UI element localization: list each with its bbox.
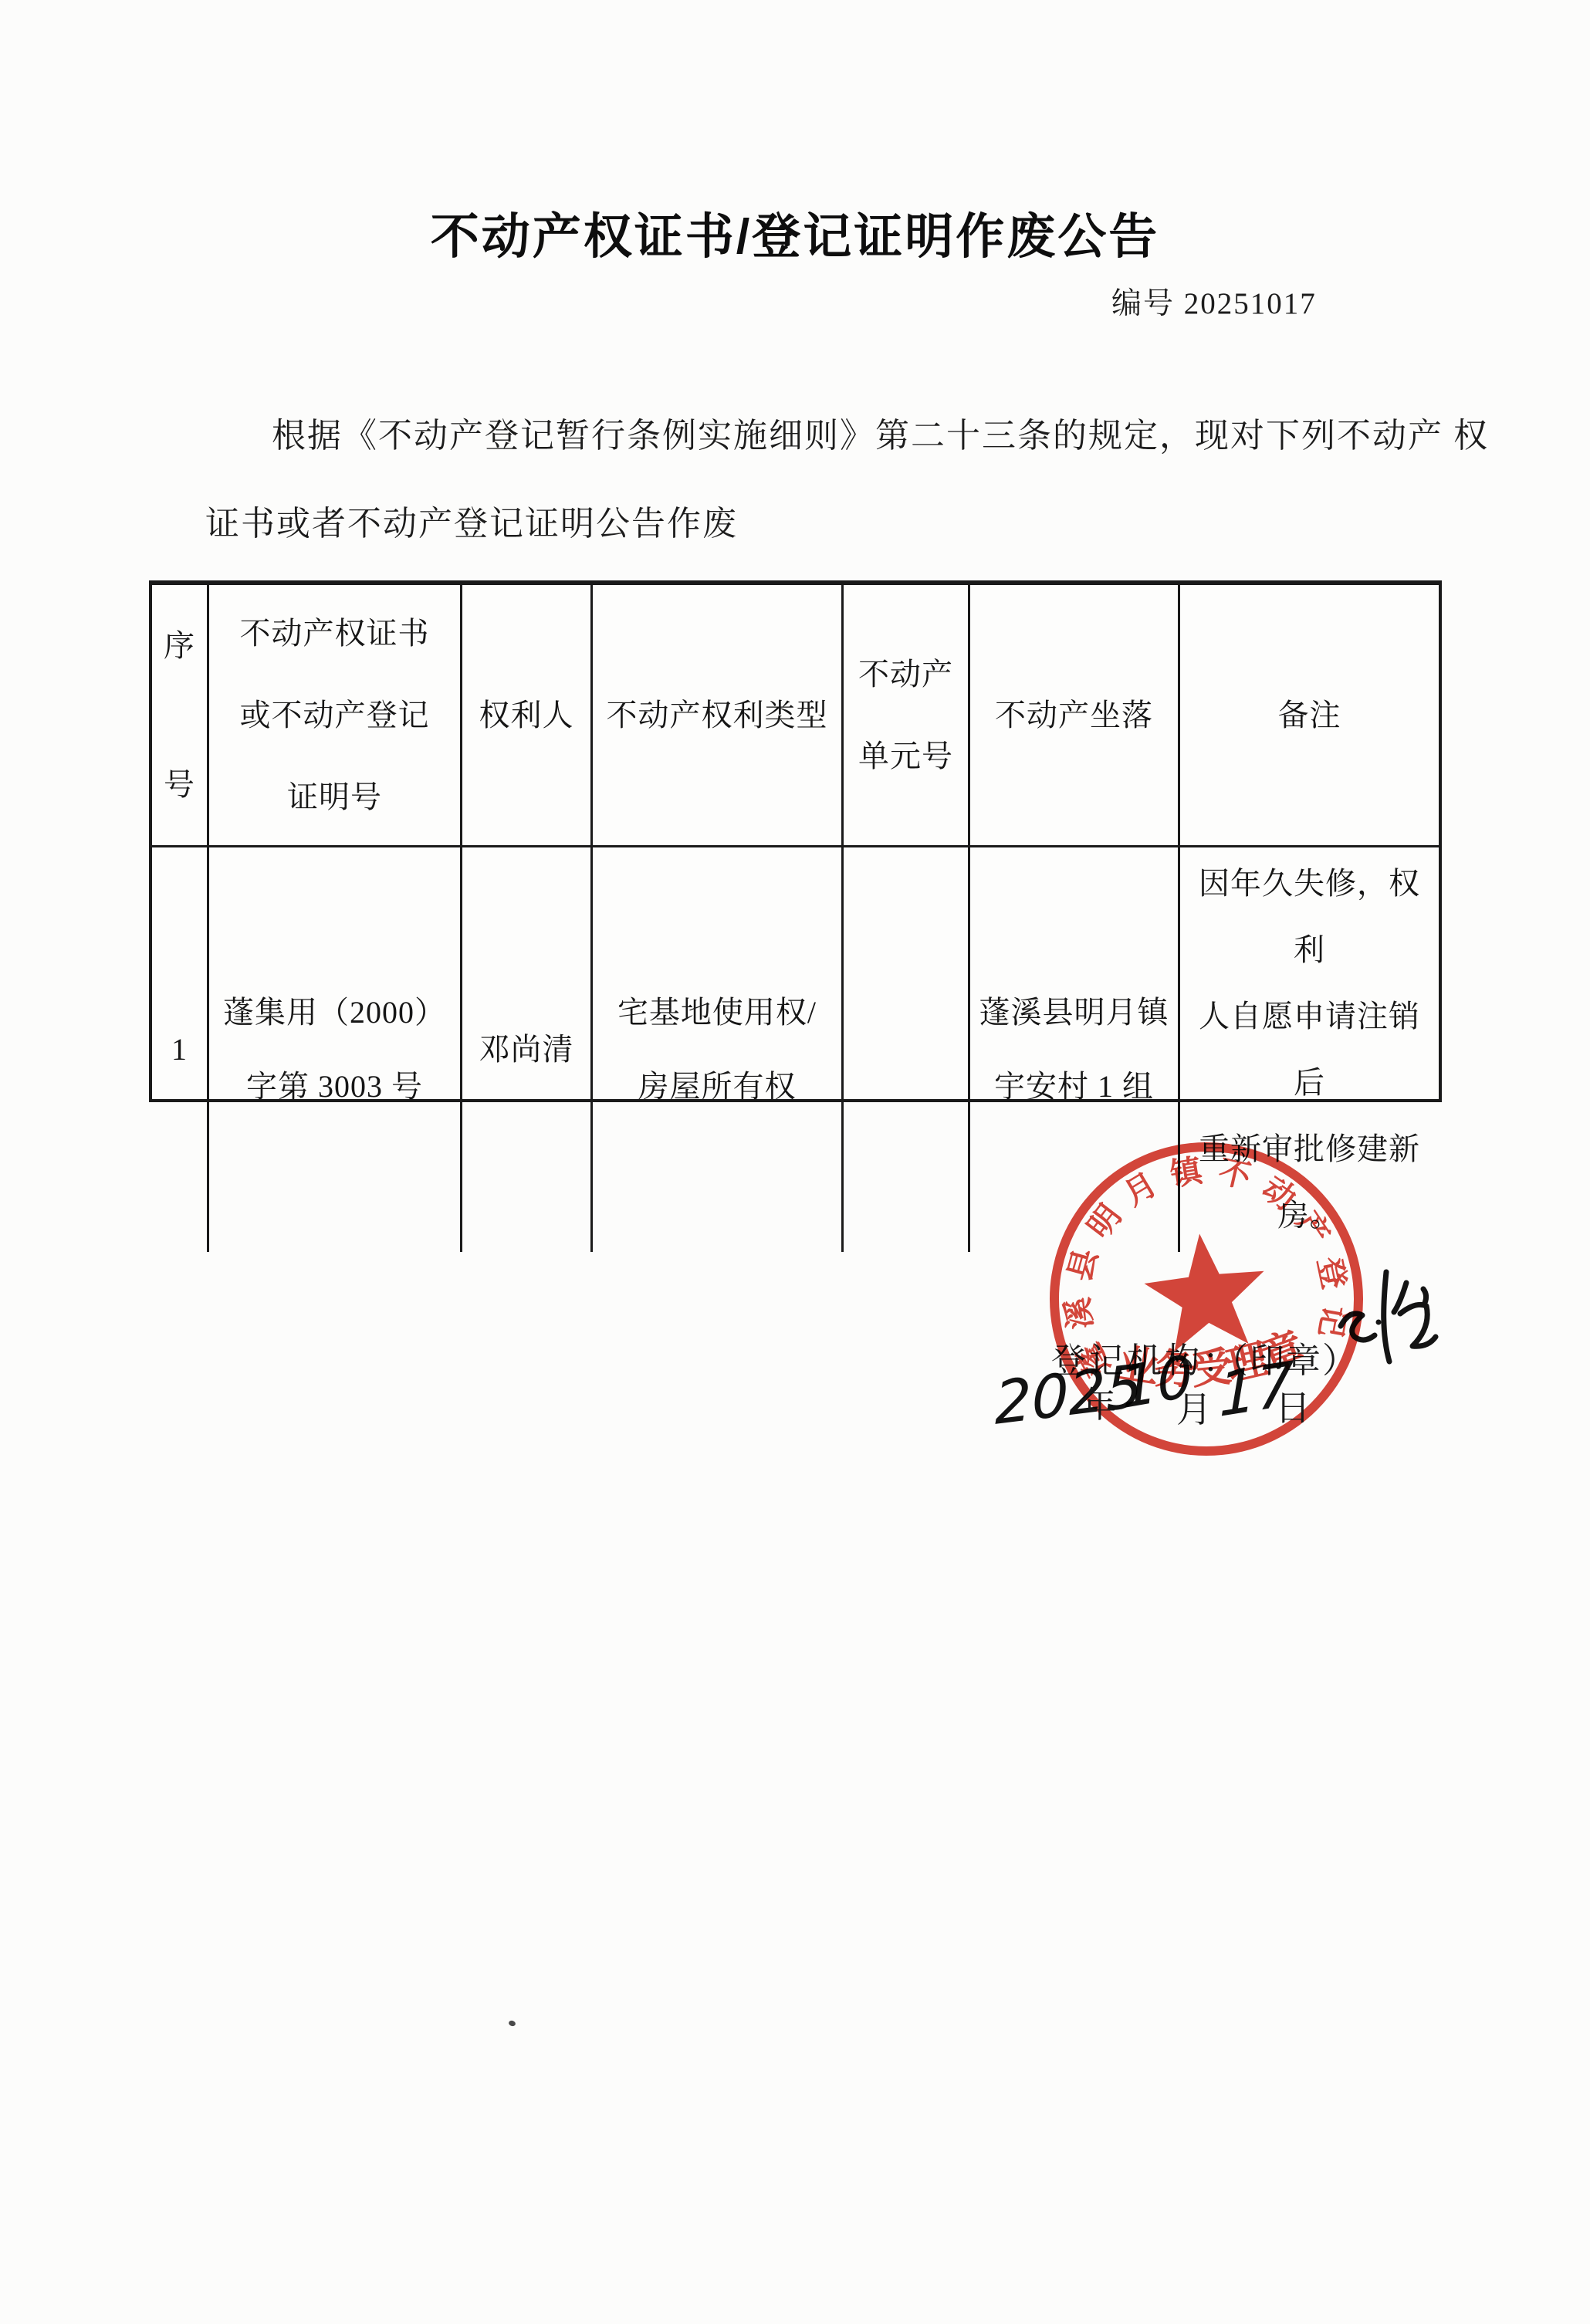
row1-cert-no: 蓬集用（2000） 字第 3003 号: [209, 847, 462, 1252]
page-title: 不动产权证书/登记证明作废公告: [0, 198, 1590, 268]
header-location: 不动产坐落: [970, 585, 1180, 847]
body-paragraph-line-1: 根据《不动产登记暂行条例实施细则》第二十三条的规定，现对下列不动产 权: [272, 408, 1489, 457]
header-seq-no: 序 号: [152, 585, 209, 847]
header-unit-no: 不动产 单元号: [844, 585, 970, 847]
month-label: 月: [1176, 1382, 1212, 1433]
row1-unit-no: [844, 847, 970, 1252]
seal-star-icon: [1140, 1227, 1272, 1354]
ink-speck: [508, 2020, 516, 2028]
header-remarks: 备注: [1180, 585, 1439, 847]
invalidation-table: 序 号 不动产权证书 或不动产登记 证明号 权利人 不动产权利类型 不动产 单元…: [149, 580, 1442, 1102]
handwritten-signature: [1320, 1249, 1474, 1411]
document-number: 编号 20251017: [1111, 279, 1317, 323]
scanned-announcement-page: 不动产权证书/登记证明作废公告 编号 20251017 根据《不动产登记暂行条例…: [0, 0, 1590, 2324]
header-cert-no: 不动产权证书 或不动产登记 证明号: [209, 585, 462, 847]
row1-right-type: 宅基地使用权/ 房屋所有权: [593, 847, 844, 1252]
header-right-type: 不动产权利类型: [593, 585, 844, 847]
row1-right-holder: 邓尚清: [462, 847, 593, 1252]
year-label: 年: [1081, 1377, 1116, 1428]
row1-seq-no: 1: [152, 847, 209, 1252]
header-right-holder: 权利人: [462, 585, 593, 847]
body-paragraph-line-2: 证书或者不动产登记证明公告作废: [205, 496, 738, 545]
day-label: 日: [1275, 1380, 1311, 1431]
